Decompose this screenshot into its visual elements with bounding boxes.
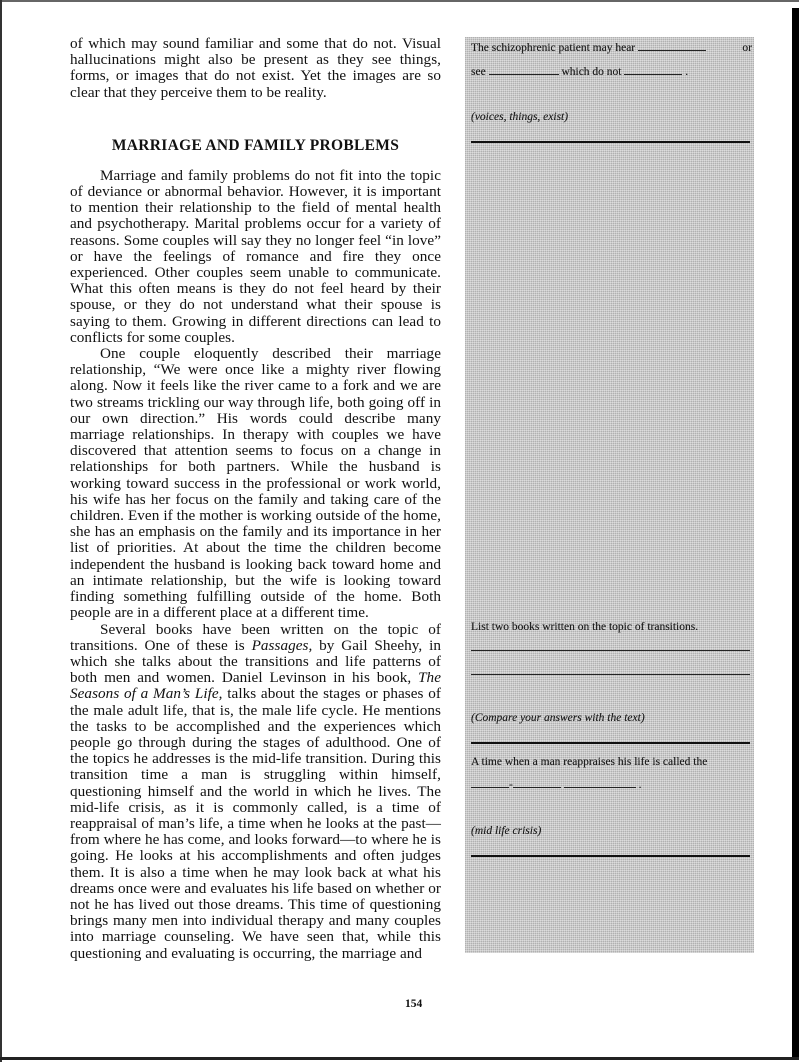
question-2-prompt: List two books written on the topic of t… xyxy=(471,620,752,634)
question-text: . xyxy=(685,66,688,78)
section-divider xyxy=(471,141,750,143)
question-1-line-1: The schizophrenic patient may hear or xyxy=(471,41,752,55)
book-title-passages: Passages, xyxy=(252,637,313,654)
main-text-column: of which may sound familiar and some tha… xyxy=(70,36,441,962)
text-segment: talks about the stages or phases of the … xyxy=(70,685,441,961)
section-divider xyxy=(471,742,750,744)
page-number: 154 xyxy=(405,998,422,1010)
question-text: The schizophrenic patient may hear xyxy=(471,42,635,54)
question-text: see xyxy=(471,66,486,78)
intro-paragraph: of which may sound familiar and some tha… xyxy=(70,36,441,101)
page-border-left xyxy=(0,0,2,1062)
question-2-answer: (Compare your answers with the text) xyxy=(471,711,752,725)
question-text: which do not xyxy=(561,66,621,78)
study-sidebar: The schizophrenic patient may hear or se… xyxy=(465,37,754,953)
answer-blank[interactable] xyxy=(638,49,706,51)
question-1-line-2: see which do not . xyxy=(471,65,752,79)
page-border-right xyxy=(792,8,799,1058)
paragraph-river-metaphor: One couple eloquently described their ma… xyxy=(70,346,441,621)
page-border-bottom xyxy=(0,1057,799,1060)
question-text: - xyxy=(509,779,513,791)
question-1-answer: (voices, things, exist) xyxy=(471,110,752,124)
section-heading: MARRIAGE AND FAMILY PROBLEMS xyxy=(70,137,441,155)
paragraph-transitions: Several books have been written on the t… xyxy=(70,622,441,962)
question-3-blanks: - . xyxy=(471,778,752,792)
question-text: or xyxy=(742,41,752,55)
question-3-answer: (mid life crisis) xyxy=(471,824,752,838)
section-divider xyxy=(471,855,750,857)
answer-line-1[interactable] xyxy=(471,650,750,651)
page-border-top xyxy=(0,0,799,2)
paragraph-marriage-problems: Marriage and family problems do not fit … xyxy=(70,168,441,346)
answer-blank[interactable] xyxy=(489,73,559,75)
answer-blank[interactable] xyxy=(624,73,682,75)
question-text: . xyxy=(639,779,642,791)
question-3-prompt: A time when a man reappraises his life i… xyxy=(471,755,752,769)
answer-blank[interactable] xyxy=(564,786,636,788)
answer-line-2[interactable] xyxy=(471,674,750,675)
answer-blank[interactable] xyxy=(513,786,561,788)
answer-blank[interactable] xyxy=(471,786,509,788)
